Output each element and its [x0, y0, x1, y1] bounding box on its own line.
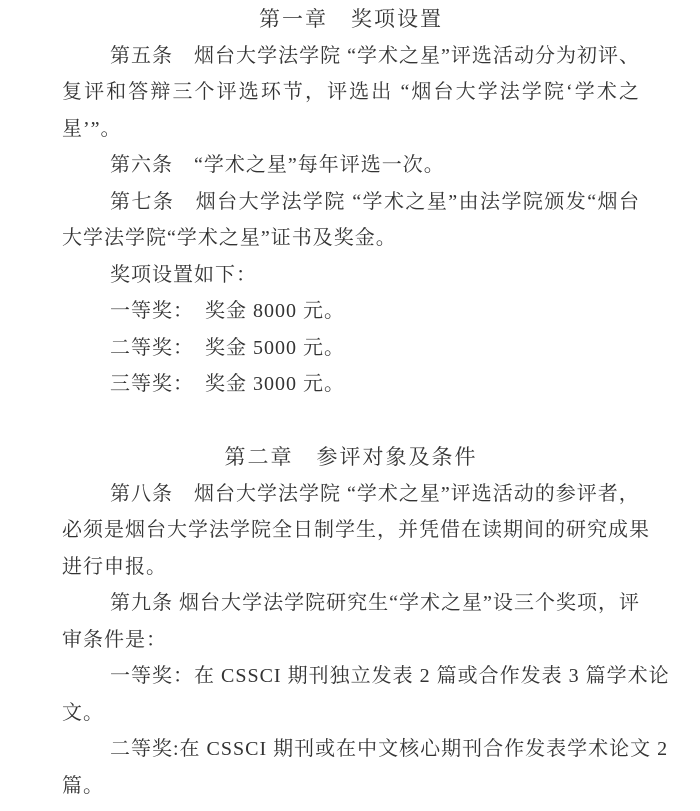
blank-line	[62, 403, 640, 440]
article-5-line-1: 第五条 烟台大学法学院 “学术之星”评选活动分为初评、	[62, 38, 640, 75]
article-9-line-2: 审条件是：	[62, 622, 640, 659]
article-5-line-3: 星’”。	[62, 111, 640, 148]
chapter-1-heading: 第一章 奖项设置	[62, 1, 640, 38]
document-page: 第一章 奖项设置 第五条 烟台大学法学院 “学术之星”评选活动分为初评、 复评和…	[0, 0, 700, 811]
article-7-line-1: 第七条 烟台大学法学院 “学术之星”由法学院颁发“烟台	[62, 184, 640, 221]
second-prize-amount-line: 二等奖： 奖金 5000 元。	[62, 330, 640, 367]
article-6-line: 第六条 “学术之星”每年评选一次。	[62, 147, 640, 184]
article-8-line-1: 第八条 烟台大学法学院 “学术之星”评选活动的参评者，	[62, 476, 640, 513]
chapter-2-heading: 第二章 参评对象及条件	[62, 439, 640, 476]
article-7-line-2: 大学法学院“学术之星”证书及奖金。	[62, 220, 640, 257]
article-8-line-2: 必须是烟台大学法学院全日制学生，并凭借在读期间的研究成果	[62, 512, 640, 549]
article-9-line-1: 第九条 烟台大学法学院研究生“学术之星”设三个奖项，评	[62, 585, 640, 622]
first-prize-amount-line: 一等奖： 奖金 8000 元。	[62, 293, 640, 330]
awards-intro-line: 奖项设置如下：	[62, 257, 640, 294]
second-prize-criteria-line-1: 二等奖:在 CSSCI 期刊或在中文核心期刊合作发表学术论文 2	[62, 731, 640, 768]
article-5-line-2: 复评和答辩三个评选环节，评选出 “烟台大学法学院‘学术之	[62, 74, 640, 111]
first-prize-criteria-line-2: 文。	[62, 695, 640, 732]
second-prize-criteria-line-2: 篇。	[62, 768, 640, 805]
article-8-line-3: 进行申报。	[62, 549, 640, 586]
third-prize-amount-line: 三等奖： 奖金 3000 元。	[62, 366, 640, 403]
first-prize-criteria-line-1: 一等奖：在 CSSCI 期刊独立发表 2 篇或合作发表 3 篇学术论	[62, 658, 640, 695]
